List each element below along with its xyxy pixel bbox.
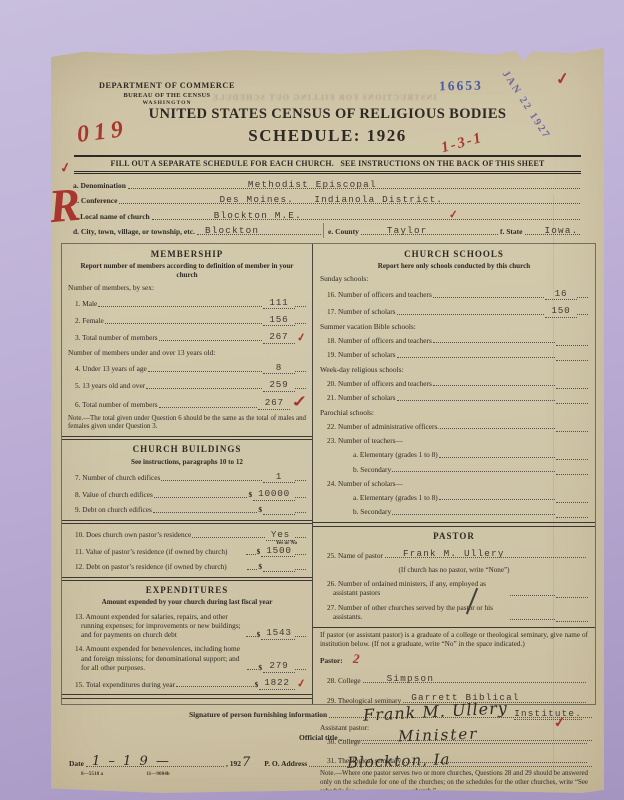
question-row-18: 18. Number of officers and teachers [320, 336, 588, 346]
typed-answer-blank [556, 474, 588, 475]
pastor-line: Pastor: 2 [320, 651, 588, 667]
serial-number-stamp: 16653 [439, 78, 483, 95]
red-check-icon: ✓ [290, 395, 309, 411]
college-value: Simpson [387, 673, 434, 685]
question-label: 11. Value of pastor’s residence (if owne… [68, 547, 245, 557]
question-label: 10. Does church own pastor’s residence [68, 530, 191, 540]
dotted-leader [159, 407, 258, 408]
question-label: 3. Total number of members [68, 333, 158, 343]
question-label: a. Elementary (grades 1 to 8) [346, 493, 438, 503]
question-row-23a: a. Elementary (grades 1 to 8) [320, 450, 588, 460]
agency-line: BUREAU OF THE CENSUS [83, 92, 251, 100]
identity-section: a. Denomination Methodist Episcopal b. C… [73, 176, 582, 238]
dotted-leader [392, 514, 555, 515]
left-column: MEMBERSHIP Report number of members acco… [62, 244, 313, 704]
red-check-icon: ✓ [555, 71, 571, 89]
question-label: 12. Debt on pastor’s residence (if owned… [68, 562, 246, 572]
typed-answer: 8 [263, 362, 295, 375]
dotted-leader [295, 554, 306, 555]
date-value: 1 – 1 9 — [92, 754, 171, 769]
dotted-leader: Des Moines. Indianola District. [119, 192, 580, 204]
question-label: 22. Number of administrative officers. [320, 422, 439, 432]
dotted-leader [146, 388, 262, 389]
year-prefix: , 192 [226, 759, 241, 770]
question-label: 18. Number of officers and teachers [320, 336, 432, 346]
date-label: Date [61, 759, 84, 770]
question-row-11: 11. Value of pastor’s residence (if owne… [68, 545, 306, 558]
group-label: Sunday schools: [320, 274, 588, 283]
dotted-leader [397, 357, 556, 358]
typed-answer: 16 [545, 288, 577, 301]
graduate-note: If pastor (or assistant pastor) is a gra… [320, 631, 588, 649]
typed-answer: 1 [263, 471, 295, 484]
city-label: d. City, town, village, or township, etc… [73, 227, 195, 238]
question-row-16: 16. Number of officers and teachers 16 [320, 288, 588, 301]
red-check-icon: ✓ [59, 160, 72, 175]
answer-box: Yes Yes or No [266, 529, 295, 541]
question-row-4: 4. Under 13 years of age 8 [68, 362, 306, 375]
typed-answer-blank [556, 502, 588, 503]
typed-answer: 267 [263, 331, 295, 344]
typed-answer-blank [556, 431, 588, 432]
state-label: f. State [500, 227, 523, 238]
question-label: 14. Amount expended for benevolences, in… [68, 644, 246, 672]
typed-answer: 10000 [253, 488, 295, 501]
typed-answer-blank [556, 388, 588, 389]
dotted-leader [295, 669, 306, 670]
typed-answer-blank [556, 360, 588, 361]
question-label: 9. Debt on church edifices [68, 505, 152, 515]
question-row-7: 7. Number of church edifices 1 [68, 471, 306, 484]
question-row-17: 17. Number of scholars 150 [320, 305, 588, 318]
question-row-13: 13. Amount expended for salaries, repair… [68, 612, 306, 640]
section-divider [62, 436, 312, 441]
expenditures-heading: EXPENDITURES [68, 585, 306, 596]
dotted-leader: Methodist Episcopal [128, 177, 580, 189]
membership-heading: MEMBERSHIP [68, 249, 306, 260]
expenditures-subheading: Amount expended by your church during la… [72, 598, 302, 607]
census-form-page: INSTRUCTIONS FOR FILLING OUT SCHEDULE DE… [51, 45, 604, 793]
dotted-leader [433, 297, 544, 298]
question-label: 16. Number of officers and teachers [320, 290, 432, 300]
paper-crease [553, 195, 554, 785]
denomination-value: Methodist Episcopal [248, 179, 377, 190]
dotted-leader [159, 340, 262, 341]
dotted-leader [246, 636, 256, 637]
question-label: 2. Female [68, 316, 104, 326]
typed-answer: 259 [263, 379, 295, 392]
question-label: 21. Number of scholars [320, 393, 396, 403]
dotted-leader [153, 512, 258, 513]
dotted-leader [439, 499, 555, 500]
red-check-icon: ✓ [448, 210, 458, 222]
dotted-leader [154, 497, 248, 498]
date-address-row: Date 1 – 1 9 — , 192 7 P. O. Address Blo… [61, 755, 594, 770]
dotted-leader [392, 471, 555, 472]
red-check-icon: ✓ [296, 332, 307, 344]
typed-answer-blank [556, 459, 588, 460]
question-row-10: 10. Does church own pastor’s residence Y… [68, 529, 306, 541]
group-label: Week-day religious schools: [320, 365, 588, 374]
church-name-label: c. Local name of church [73, 212, 150, 223]
red-margin-letter: R [47, 182, 82, 232]
question-label: 1. Male [68, 299, 97, 309]
question-row-9: 9. Debt on church edifices $ [68, 505, 306, 515]
dotted-leader [295, 480, 306, 481]
question-row-24b: b. Secondary [320, 507, 588, 517]
question-row-1: 1. Male 111 [68, 297, 306, 310]
po-address-value: Blockton, Ia [347, 750, 451, 772]
church-schools-heading: CHURCH SCHOOLS [320, 249, 588, 260]
question-label: 17. Number of scholars [320, 307, 396, 317]
yes-or-no-hint: Yes or No [276, 540, 297, 547]
question-row-23b: b. Secondary [320, 465, 588, 475]
dotted-leader [510, 619, 555, 620]
section-divider [62, 520, 312, 525]
location-row: d. City, town, village, or township, etc… [73, 223, 582, 239]
conference-row: b. Conference Des Moines. Indianola Dist… [73, 192, 582, 208]
church-name-row: c. Local name of church Blockton M.E. [73, 207, 582, 223]
red-check-icon: ✓ [296, 678, 307, 690]
group-label: Summer vacation Bible schools: [320, 322, 588, 331]
question-row-14: 14. Amount expended for benevolences, in… [68, 644, 306, 672]
agency-block: DEPARTMENT OF COMMERCE BUREAU OF THE CEN… [83, 81, 251, 107]
form-code: 8—5518 a [81, 771, 103, 777]
pastor-name-value: Frank M. Ullery [403, 548, 505, 560]
typed-answer: 1822 [259, 677, 295, 690]
question-row-15: 15. Total expenditures during year $ 182… [68, 677, 306, 690]
typed-answer: 150 [545, 305, 577, 318]
question-label: 15. Total expenditures during year [68, 680, 175, 690]
question-label: 25. Name of pastor [320, 551, 383, 561]
question-label: 26. Number of ordained ministers, if any… [320, 579, 509, 598]
dotted-leader [397, 314, 545, 315]
county-label: e. County [328, 227, 359, 238]
question-row-19: 19. Number of scholars [320, 350, 588, 360]
dotted-leader [247, 569, 257, 570]
conference-value: Des Moines. Indianola District. [219, 194, 443, 205]
question-row-25: 25. Name of pastor Frank M. Ullery [320, 546, 588, 561]
typed-answer-blank [263, 514, 295, 515]
scan-background: INSTRUCTIONS FOR FILLING OUT SCHEDULE DE… [0, 0, 624, 800]
question-label: 24. Number of scholars— [320, 479, 588, 488]
dotted-leader [295, 569, 306, 570]
pastor-note: (If church has no pastor, write “None”) [324, 566, 584, 575]
section-divider [62, 694, 312, 699]
question-row-12: 12. Debt on pastor’s residence (if owned… [68, 562, 306, 572]
pastor-line-label: Pastor: [320, 656, 343, 665]
city-value: Blockton [205, 225, 259, 236]
signature-label: Signature of person furnishing informati… [189, 710, 327, 721]
question-row-24a: a. Elementary (grades 1 to 8) [320, 493, 588, 503]
question-row-3: 3. Total number of members 267 ✓ [68, 331, 306, 344]
dotted-leader [247, 669, 257, 670]
typed-answer-blank [556, 517, 588, 518]
dotted-leader [295, 497, 306, 498]
dotted-leader [577, 297, 588, 298]
question-label: a. Elementary (grades 1 to 8) [346, 450, 438, 460]
dotted-leader [98, 306, 262, 307]
agency-line: DEPARTMENT OF COMMERCE [83, 81, 251, 92]
question-label: 8. Value of church edifices [68, 490, 153, 500]
question-label: 27. Number of other churches served by t… [320, 603, 509, 622]
section-divider [62, 577, 312, 582]
typed-answer: 279 [263, 660, 295, 673]
county-value: Taylor [387, 225, 428, 236]
state-segment: f. State Iowa. [500, 223, 582, 238]
typed-answer: 1500 [261, 545, 295, 558]
membership-subheading: Report number of members according to de… [72, 262, 302, 280]
question-row-22: 22. Number of administrative officers. [320, 422, 588, 432]
group-label: Number of members, by sex: [68, 283, 306, 292]
typed-answer-blank [556, 597, 588, 598]
official-title-label: Official title [299, 733, 338, 744]
dotted-leader [433, 342, 555, 343]
dotted-leader [295, 323, 306, 324]
question-label: 19. Number of scholars [320, 350, 396, 360]
membership-note: Note.—The total given under Question 6 s… [68, 415, 306, 432]
dotted-leader [295, 512, 306, 513]
form-title: UNITED STATES CENSUS OF RELIGIOUS BODIES [51, 106, 604, 123]
dotted-leader [397, 400, 556, 401]
question-label: 4. Under 13 years of age [68, 364, 147, 374]
dotted-leader [192, 537, 265, 538]
typed-answer-blank [556, 345, 588, 346]
question-label: 7. Number of church edifices [68, 473, 160, 483]
signature-row: Signature of person furnishing informati… [61, 706, 594, 721]
footer-section: Signature of person furnishing informati… [61, 706, 594, 777]
church-schools-subheading: Report here only schools conducted by th… [324, 262, 584, 271]
question-label: 5. 13 years old and over [68, 381, 145, 391]
church-buildings-heading: CHURCH BUILDINGS [68, 444, 306, 455]
question-row-5: 5. 13 years old and over 259 [68, 379, 306, 392]
question-label: 20. Number of officers and teachers [320, 379, 432, 389]
official-title-value: Minister [397, 725, 478, 746]
dotted-leader: 1 – 1 9 — [86, 755, 224, 767]
dotted-leader: Blockton M.E. [152, 208, 580, 220]
dotted-leader [295, 537, 306, 538]
question-label: b. Secondary [346, 507, 391, 517]
dotted-leader [510, 595, 555, 596]
question-row-8: 8. Value of church edifices $ 10000 [68, 488, 306, 501]
typed-answer: 267 [258, 397, 290, 410]
form-columns: MEMBERSHIP Report number of members acco… [61, 243, 596, 705]
typed-answer-blank [556, 621, 588, 622]
dotted-leader: Blockton [197, 223, 321, 235]
dotted-leader [246, 554, 256, 555]
year-digit: 7 [241, 755, 250, 770]
official-title-row: Official title Minister [61, 729, 594, 744]
typed-answer: 1543 [261, 627, 295, 640]
typed-answer: 111 [263, 297, 295, 310]
question-label: 13. Amount expended for salaries, repair… [68, 612, 245, 640]
dotted-leader [439, 457, 555, 458]
dotted-leader [105, 323, 262, 324]
dotted-leader [295, 371, 306, 372]
form-code: 11—9084b [146, 771, 169, 777]
instruction-banner: FILL OUT A SEPARATE SCHEDULE FOR EACH CH… [74, 155, 581, 174]
form-subtitle: SCHEDULE: 1926 [51, 126, 604, 146]
dotted-leader [295, 636, 306, 637]
dotted-leader: Taylor [361, 223, 498, 235]
group-label: Number of members under and over 13 year… [68, 348, 306, 357]
form-print-codes: 8—5518 a 11—9084b [81, 771, 594, 777]
question-row-27: 27. Number of other churches served by t… [320, 603, 588, 622]
dotted-leader [161, 480, 262, 481]
typed-answer-blank [556, 403, 588, 404]
dotted-leader [176, 686, 254, 687]
typed-answer-blank [263, 571, 295, 572]
question-row-26: 26. Number of ordained ministers, if any… [320, 579, 588, 598]
dotted-leader [433, 385, 555, 386]
question-row-6: 6. Total number of members 267 ✓ [68, 396, 306, 410]
county-segment: e. County Taylor [323, 223, 500, 238]
question-label: b. Secondary [346, 465, 391, 475]
church-buildings-subheading: See instructions, paragraphs 10 to 12 [72, 458, 302, 467]
po-address-label: P. O. Address [264, 759, 307, 770]
state-value: Iowa. [545, 225, 579, 236]
typed-answer: 156 [263, 314, 295, 327]
group-label: Parochial schools: [320, 408, 588, 417]
dotted-leader [440, 428, 555, 429]
question-row-2: 2. Female 156 [68, 314, 306, 327]
pastor-heading: PASTOR [320, 531, 588, 542]
denomination-row: a. Denomination Methodist Episcopal [73, 176, 582, 192]
city-segment: d. City, town, village, or township, etc… [73, 223, 323, 238]
question-label: 28. College [320, 676, 361, 686]
dotted-leader [577, 314, 588, 315]
red-check-icon: ✓ [553, 717, 566, 732]
question-label: 23. Number of teachers— [320, 436, 588, 445]
question-row-28: 28. College Simpson [320, 671, 588, 686]
question-row-21: 21. Number of scholars [320, 393, 588, 403]
dotted-leader [148, 371, 262, 372]
dotted-leader [295, 388, 306, 389]
dotted-leader [295, 306, 306, 307]
dotted-leader: Frank M. Ullery [385, 546, 586, 558]
church-name-value: Blockton M.E. [214, 210, 302, 221]
question-row-20: 20. Number of officers and teachers [320, 379, 588, 389]
question-label: 6. Total number of members [68, 400, 158, 410]
dotted-leader: Blockton, Ia [309, 755, 592, 767]
denomination-label: a. Denomination [73, 181, 126, 192]
red-pastor-mark: 2 [352, 650, 360, 667]
